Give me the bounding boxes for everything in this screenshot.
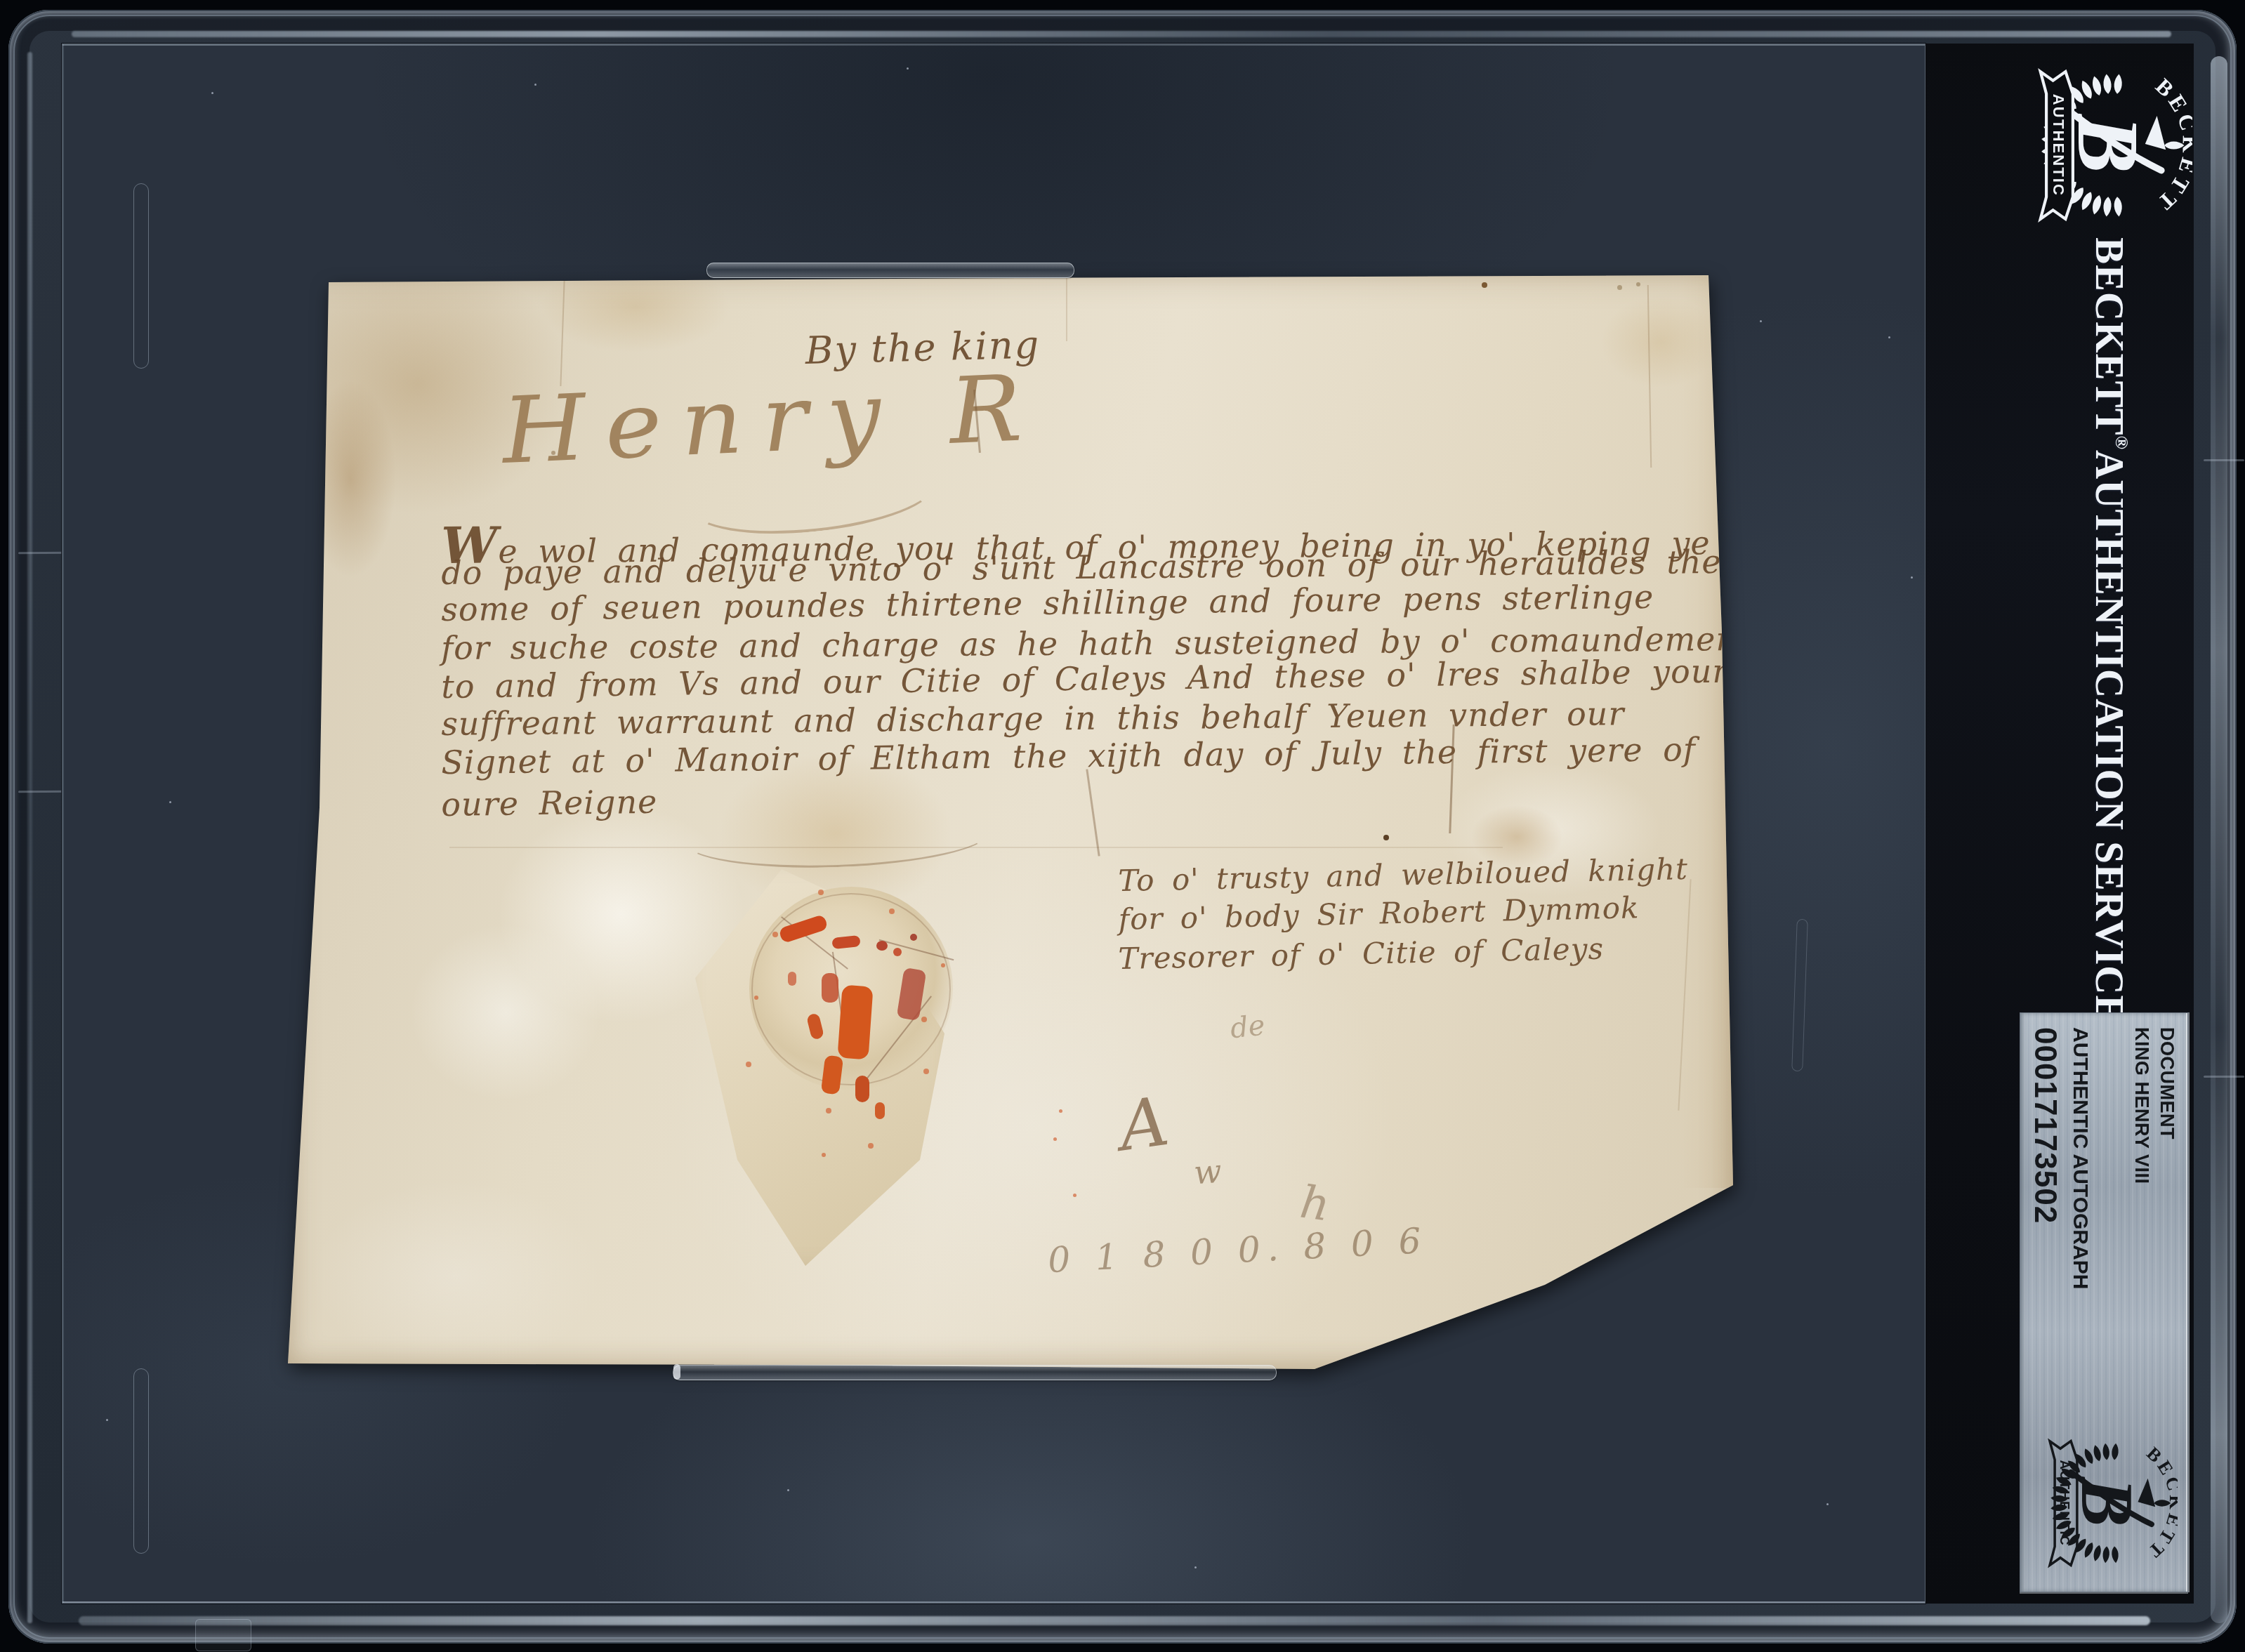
parchment-stain xyxy=(499,805,744,1023)
seal-crack xyxy=(781,916,848,969)
wax-speckle xyxy=(1073,1194,1077,1197)
parchment-stain xyxy=(1443,763,1661,897)
wax-fragment xyxy=(806,1012,824,1040)
slabbed-document-photo: By the king Henry R We wol and comaunde … xyxy=(0,0,2245,1652)
wax-seal xyxy=(749,887,953,1090)
wax-fragment xyxy=(778,914,828,944)
retaining-clip-top xyxy=(706,263,1074,278)
cert-label: DOCUMENT KING HENRY VIII AUTHENTIC AUTOG… xyxy=(2020,1012,2188,1592)
grader-band-title: BECKETT®AUTHENTICATION SERVICES xyxy=(2086,237,2132,1045)
wax-fragment xyxy=(875,1102,885,1119)
pen-flourish xyxy=(973,390,981,453)
mold-seam xyxy=(2204,1076,2244,1078)
parchment-stain xyxy=(411,925,600,1100)
dust-speck xyxy=(907,67,909,70)
wax-speckle xyxy=(818,890,824,895)
wax-speckle xyxy=(822,1153,826,1157)
dust-speck xyxy=(1911,576,1913,579)
ink-speck xyxy=(1482,282,1487,288)
wax-fragment xyxy=(910,934,917,941)
seal-paper-patch xyxy=(681,858,955,1272)
parchment-stain xyxy=(1682,275,1734,1188)
label-category: DOCUMENT xyxy=(2156,1027,2178,1139)
parchment-shadow: By the king Henry R We wol and comaunde … xyxy=(288,275,1733,1370)
seal-crack xyxy=(866,996,932,1079)
document-heading: By the king xyxy=(805,322,1041,373)
wax-fragment xyxy=(837,985,873,1060)
body-line-7: Signet at o' Manoir of Eltham the xijth … xyxy=(441,730,1696,781)
brand-suffix: AUTHENTICATION SERVICES xyxy=(2087,450,2131,1045)
registered-mark: ® xyxy=(2112,436,2132,450)
body-line-8: oure Reigne xyxy=(441,783,658,824)
wax-speckle xyxy=(746,1062,751,1067)
parchment-fold-line xyxy=(449,847,1503,848)
wax-fragment xyxy=(788,972,796,986)
address-line-1: To o' trusty and welbiloued knight xyxy=(1118,852,1688,898)
pen-flourish xyxy=(1449,725,1454,833)
wax-speckle xyxy=(1053,1137,1057,1141)
wax-fragment xyxy=(855,1076,869,1102)
retaining-clip-bottom xyxy=(673,1365,1277,1380)
body-line-5: to and from Vs and our Citie of Caleys A… xyxy=(441,652,1729,706)
wax-fragment xyxy=(876,941,888,951)
parchment-stain xyxy=(312,1181,600,1370)
wax-speckle xyxy=(868,1143,874,1149)
wax-speckle xyxy=(1059,1109,1062,1113)
pen-flourish xyxy=(1086,769,1100,856)
parchment-document: By the king Henry R We wol and comaunde … xyxy=(288,275,1733,1370)
case-tab xyxy=(195,1619,251,1651)
rim-highlight-top xyxy=(72,31,2171,37)
docket-mark: h xyxy=(1297,1176,1333,1231)
body-line-1: We wol and comaunde you that of o' money… xyxy=(441,507,1711,575)
dust-speck xyxy=(169,801,171,803)
case-channel xyxy=(1791,919,1808,1071)
wax-speckle xyxy=(889,908,895,914)
grader-band: BECKETT®AUTHENTICATION SERVICES DOCUMENT… xyxy=(1925,44,2194,1604)
parchment-stain xyxy=(305,381,396,577)
dust-speck xyxy=(106,1419,108,1421)
docket-mark: A xyxy=(1114,1082,1173,1167)
parchment-crease xyxy=(1647,285,1652,468)
wax-fragment xyxy=(897,967,927,1021)
seal-crack xyxy=(879,939,954,960)
wax-speckle xyxy=(923,1069,929,1074)
parchment-stain xyxy=(671,837,1394,1413)
parchment-stain xyxy=(1601,296,1720,388)
docket-mark: de xyxy=(1229,1010,1267,1045)
wax-seal-ring xyxy=(751,893,951,1085)
dust-speck xyxy=(1888,336,1890,338)
docket-mark: w xyxy=(1192,1152,1223,1192)
dust-speck xyxy=(1826,1503,1829,1505)
mold-seam xyxy=(2204,459,2244,461)
parchment-crease xyxy=(560,281,565,386)
docket-mark: 0 1 8 0 0. 8 0 6 xyxy=(1047,1220,1429,1281)
parchment-crease xyxy=(1678,879,1691,1111)
dust-speck xyxy=(211,92,213,94)
parchment-stain xyxy=(720,753,952,914)
ink-speck xyxy=(551,451,555,455)
body-line-4: for suche coste and charge as he hath su… xyxy=(441,620,1751,667)
wax-fragment xyxy=(831,935,860,949)
case-channel xyxy=(133,183,149,369)
royal-signature: Henry R xyxy=(500,355,1043,484)
dust-speck xyxy=(1194,1566,1197,1568)
rim-highlight-left xyxy=(27,52,32,1623)
body-line-3: some of seuen poundes thirtene shillinge… xyxy=(441,578,1654,628)
parchment-stain xyxy=(1471,805,1562,868)
wax-fragment xyxy=(822,973,838,1003)
cert-number: 00017173502 xyxy=(2027,1027,2062,1224)
pen-flourish xyxy=(684,802,991,872)
pin-hole xyxy=(1617,285,1622,290)
address-line-2: for o' body Sir Robert Dymmok xyxy=(1118,890,1640,937)
wax-fragment xyxy=(821,1055,843,1095)
label-grade: AUTHENTIC AUTOGRAPH xyxy=(2068,1027,2092,1289)
beckett-logo-icon xyxy=(2015,59,2192,232)
wax-speckle xyxy=(826,1108,831,1114)
dust-speck xyxy=(534,84,536,86)
body-line-2: do paye and delyu'e vnto o' s'unt Lancas… xyxy=(441,543,1722,592)
case-channel xyxy=(133,1368,149,1554)
dust-speck xyxy=(787,1489,789,1491)
pin-hole xyxy=(1636,282,1640,286)
label-subject: KING HENRY VIII xyxy=(2131,1027,2152,1184)
pen-flourish xyxy=(689,451,937,544)
seal-crack xyxy=(832,952,843,1018)
rim-highlight-right xyxy=(2211,56,2227,1623)
wax-fragment xyxy=(893,948,902,956)
parchment-stain xyxy=(541,261,730,352)
body-line-6: suffreant warraunt and discharge in this… xyxy=(441,694,1625,743)
wax-speckle xyxy=(754,996,758,1000)
wax-speckle xyxy=(921,1017,927,1022)
wax-speckle xyxy=(941,963,945,967)
wax-speckle xyxy=(772,932,778,937)
rim-highlight-bottom xyxy=(79,1616,2150,1625)
address-line-3: Tresorer of o' Citie of Caleys xyxy=(1118,932,1604,976)
ink-speck xyxy=(1383,835,1389,840)
dust-speck xyxy=(1760,320,1762,322)
parchment-stain xyxy=(267,254,569,514)
parchment-crease xyxy=(1066,277,1067,341)
beckett-logo-black-icon xyxy=(2029,1433,2178,1573)
brand-name: BECKETT xyxy=(2087,237,2131,436)
